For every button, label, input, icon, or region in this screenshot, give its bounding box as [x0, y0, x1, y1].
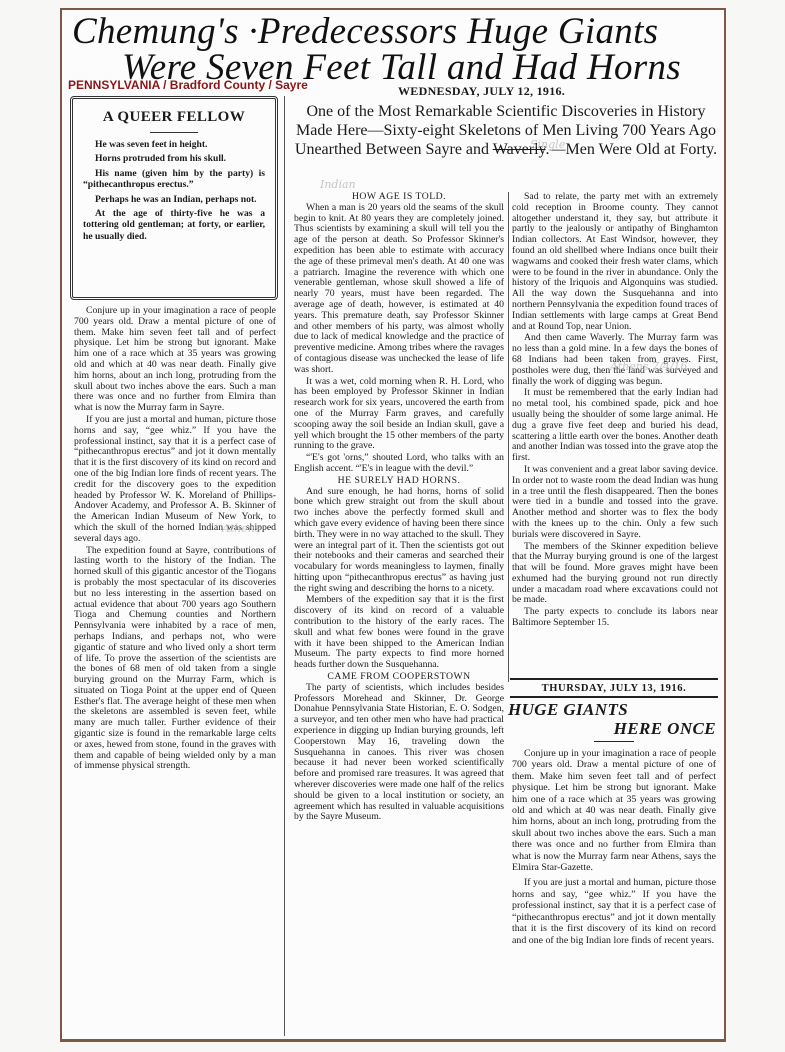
paragraph: The party of scientists, which includes …	[294, 683, 504, 823]
paragraph: Conjure up in your imagination a race of…	[74, 306, 276, 414]
paragraph: The party expects to conclude its labors…	[512, 607, 718, 629]
divider	[594, 741, 634, 742]
article-column-2: HOW AGE IS TOLD. When a man is 20 years …	[294, 192, 504, 824]
divider	[510, 696, 718, 698]
sidebar-box: A QUEER FELLOW He was seven feet in heig…	[70, 96, 278, 300]
sidebar-box-item: He was seven feet in height.	[83, 139, 265, 150]
second-article-title-line-2: HERE ONCE	[508, 719, 720, 738]
sidebar-box-item: His name (given him by the party) is “pi…	[83, 168, 265, 191]
paragraph: It must be remembered that the early Ind…	[512, 388, 718, 464]
second-article-dateline: THURSDAY, JULY 13, 1916.	[508, 680, 720, 696]
article-column-1: Conjure up in your imagination a race of…	[74, 306, 276, 773]
column-divider	[284, 96, 285, 1036]
divider	[150, 132, 198, 133]
second-article-body: Conjure up in your imagination a race of…	[508, 748, 720, 946]
handwritten-note: Athens	[222, 522, 261, 535]
paragraph: “'E's got 'orns,” shouted Lord, who talk…	[294, 453, 504, 475]
paragraph: Conjure up in your imagination a race of…	[512, 748, 716, 873]
headline-line-1: Chemung's ·Predecessors Huge Giants	[72, 12, 658, 52]
paragraph: The members of the Skinner expedition be…	[512, 542, 718, 607]
article-column-3: Sad to relate, the party met with an ext…	[512, 192, 718, 630]
section-subhead: HE SURELY HAD HORNS.	[294, 476, 504, 487]
sidebar-box-title: A QUEER FELLOW	[83, 109, 265, 126]
location-label: PENNSYLVANIA / Bradford County / Sayre	[68, 78, 308, 92]
second-article-title-line-1: HUGE GIANTS	[508, 700, 628, 719]
sidebar-box-item: At the age of thirty-five he was a totte…	[83, 208, 265, 242]
paragraph: Sad to relate, the party met with an ext…	[512, 192, 718, 332]
second-article-title: HUGE GIANTS HERE ONCE	[508, 700, 720, 738]
paragraph: It was a wet, cold morning when R. H. Lo…	[294, 377, 504, 453]
handwritten-note: Athens 7/4/16	[610, 360, 687, 373]
paragraph: When a man is 20 years old the seams of …	[294, 203, 504, 376]
subheadline: One of the Most Remarkable Scientific Di…	[288, 102, 724, 159]
sidebar-box-item: Horns protruded from his skull.	[83, 153, 265, 164]
column-divider	[508, 192, 509, 682]
subhead-text-2: .—Men Were Old at Forty.	[546, 141, 718, 158]
sidebar-box-item: Perhaps he was an Indian, perhaps not.	[83, 194, 265, 205]
paragraph: Members of the expedition say that it is…	[294, 595, 504, 671]
second-article: THURSDAY, JULY 13, 1916. HUGE GIANTS HER…	[508, 678, 720, 950]
newspaper-clipping: Chemung's ·Predecessors Huge Giants Were…	[60, 8, 726, 1042]
paragraph: If you are just a mortal and human, pict…	[512, 877, 716, 945]
paragraph: The expedition found at Sayre, contribut…	[74, 546, 276, 773]
paragraph: And sure enough, he had horns, horns of …	[294, 487, 504, 595]
handwritten-note: Single	[530, 138, 565, 151]
handwritten-note: Indian	[320, 178, 356, 191]
paragraph: It was convenient and a great labor savi…	[512, 465, 718, 541]
dateline: WEDNESDAY, JULY 12, 1916.	[398, 84, 565, 99]
